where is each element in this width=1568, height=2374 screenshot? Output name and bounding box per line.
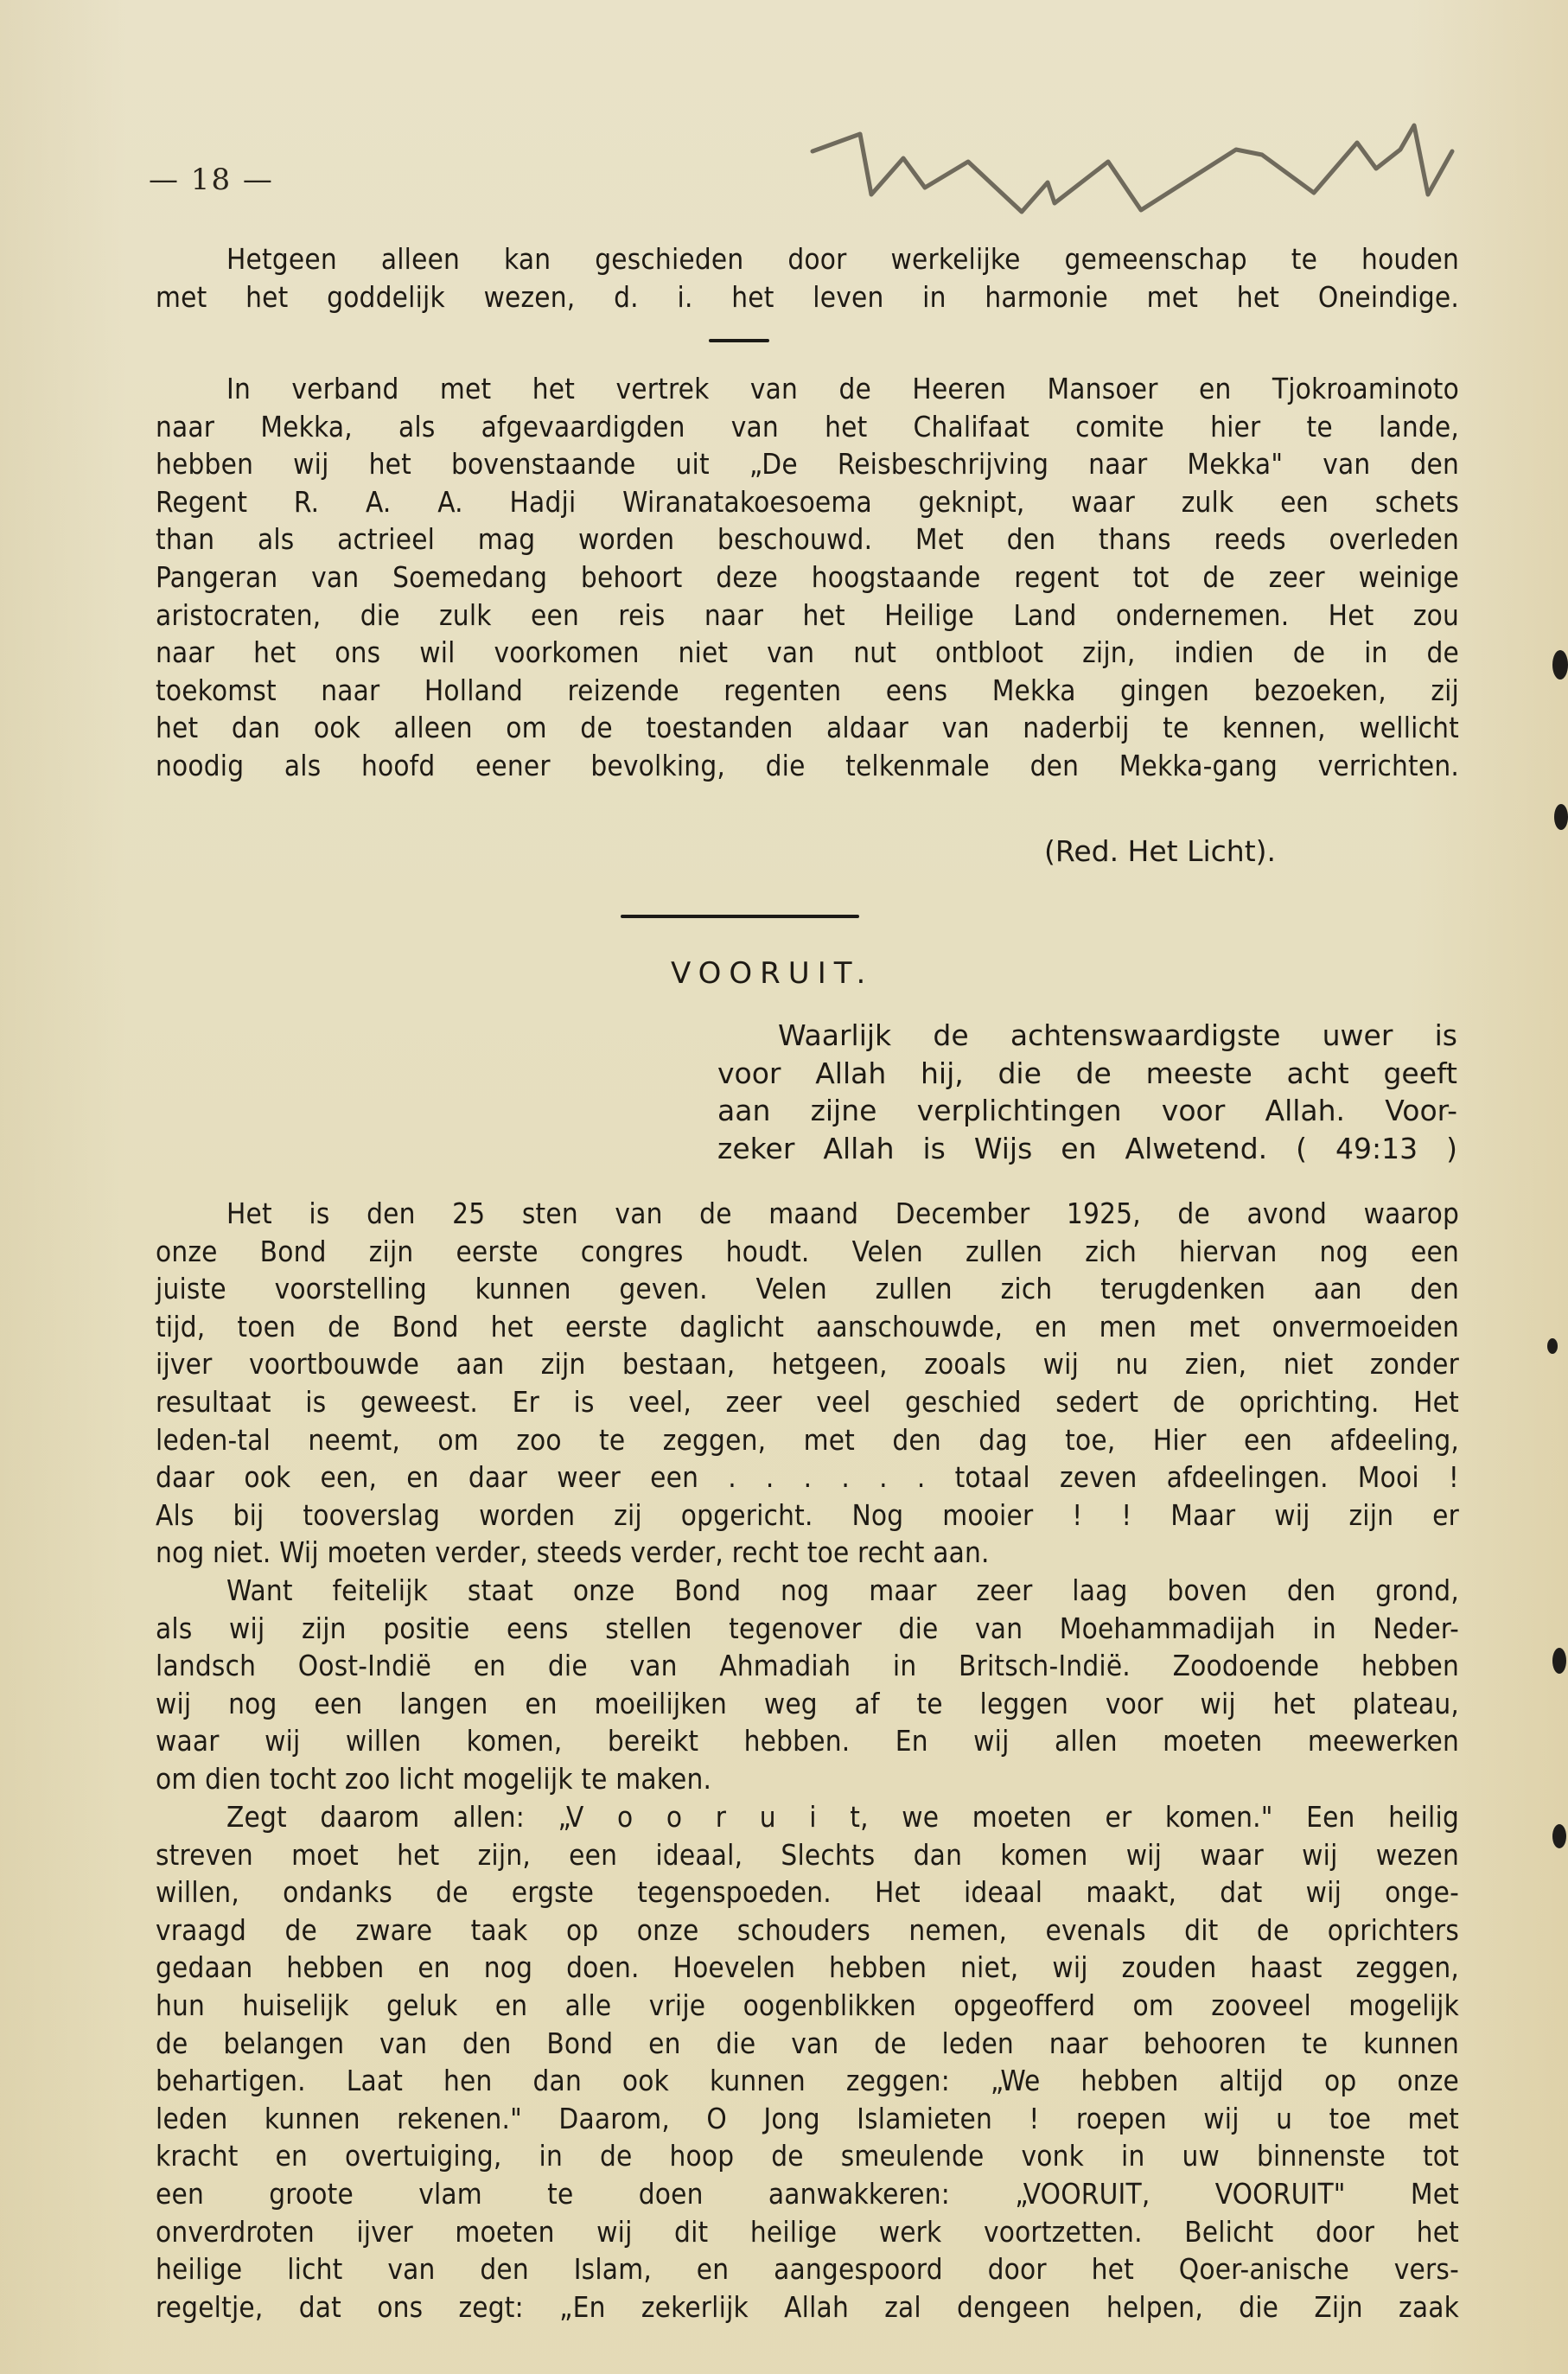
text-line: naar Mekka, als afgevaardigden van het C… [156, 408, 1459, 446]
text-line: Regent R. A. A. Hadji Wiranatakoesoema g… [156, 483, 1459, 521]
section-divider [709, 339, 769, 342]
text-line: een groote vlam te doen aanwakkeren: „VO… [156, 2175, 1459, 2213]
page-number: — 18 — [149, 163, 274, 197]
text-line: Als bij tooverslag worden zij opgericht.… [156, 1497, 1459, 1535]
text-line: kracht en overtuiging, in de hoop de sme… [156, 2137, 1459, 2175]
epigraph-line: aan zijne verplichtingen voor Allah. Voo… [717, 1092, 1457, 1130]
text-line: naar het ons wil voorkomen niet van nut … [156, 634, 1459, 672]
text-line: behartigen. Laat hen dan ook kunnen zegg… [156, 2062, 1459, 2100]
editorial-note-paragraph: In verband met het vertrek van de Heeren… [156, 370, 1459, 785]
text-line: Hetgeen alleen kan geschieden door werke… [156, 240, 1459, 278]
epigraph-line: zeker Allah is Wijs en Alwetend. ( 49:13… [717, 1130, 1457, 1168]
epigraph-line: Waarlijk de achtenswaardigste uwer is [717, 1017, 1457, 1055]
text-line: wij nog een langen en moeilijken weg af … [156, 1685, 1459, 1723]
text-line: om dien tocht zoo licht mogelijk te make… [156, 1760, 1459, 1798]
text-line: gedaan hebben en nog doen. Hoevelen hebb… [156, 1949, 1459, 1987]
epigraph-line: voor Allah hij, die de meeste acht geeft [717, 1055, 1457, 1093]
binding-hole-mark [1554, 804, 1568, 830]
text-line: than als actrieel mag worden beschouwd. … [156, 520, 1459, 558]
article-paragraph-2: Want feitelijk staat onze Bond nog maar … [156, 1572, 1459, 1798]
text-line: juiste voorstelling kunnen geven. Velen … [156, 1270, 1459, 1308]
text-line: nog niet. Wij moeten verder, steeds verd… [156, 1534, 1459, 1572]
text-line: resultaat is geweest. Er is veel, zeer v… [156, 1383, 1459, 1421]
text-line: Het is den 25 sten van de maand December… [156, 1195, 1459, 1233]
binding-hole-mark [1552, 1824, 1566, 1848]
text-line: heilige licht van den Islam, en aangespo… [156, 2250, 1459, 2288]
text-line: landsch Oost-Indië en die van Ahmadiah i… [156, 1647, 1459, 1685]
binding-hole-mark [1552, 650, 1568, 680]
text-line: waar wij willen komen, bereikt hebben. E… [156, 1722, 1459, 1760]
text-line: noodig als hoofd eener bevolking, die te… [156, 747, 1459, 785]
article-title: VOORUIT. [671, 956, 873, 991]
text-line: als wij zijn positie eens stellen tegeno… [156, 1610, 1459, 1648]
text-line: aristocraten, die zulk een reis naar het… [156, 597, 1459, 635]
text-line: onze Bond zijn eerste congres houdt. Vel… [156, 1233, 1459, 1271]
text-line: tijd, toen de Bond het eerste daglicht a… [156, 1308, 1459, 1346]
text-line: leden kunnen rekenen." Daarom, O Jong Is… [156, 2100, 1459, 2138]
text-line: In verband met het vertrek van de Heeren… [156, 370, 1459, 408]
source-credit: (Red. Het Licht). [1044, 834, 1276, 868]
text-line: daar ook een, en daar weer een . . . . .… [156, 1458, 1459, 1497]
text-line: Pangeran van Soemedang behoort deze hoog… [156, 558, 1459, 597]
article-paragraph-3: Zegt daarom allen: „V o o r u i t, we mo… [156, 1798, 1459, 2326]
binding-hole-mark [1547, 1338, 1558, 1354]
text-line: onverdroten ijver moeten wij dit heilige… [156, 2213, 1459, 2251]
text-line: Zegt daarom allen: „V o o r u i t, we mo… [156, 1798, 1459, 1836]
text-line: hebben wij het bovenstaande uit „De Reis… [156, 445, 1459, 483]
text-line: met het goddelijk wezen, d. i. het leven… [156, 278, 1459, 316]
text-line: regeltje, dat ons zegt: „En zekerlijk Al… [156, 2288, 1459, 2326]
article-divider [621, 915, 859, 918]
text-line: toekomst naar Holland reizende regenten … [156, 672, 1459, 710]
article-paragraph-1: Het is den 25 sten van de maand December… [156, 1195, 1459, 1572]
text-line: ijver voortbouwde aan zijn bestaan, hetg… [156, 1345, 1459, 1383]
intro-paragraph: Hetgeen alleen kan geschieden door werke… [156, 240, 1459, 316]
binding-hole-mark [1552, 1648, 1566, 1674]
text-line: hun huiselijk geluk en alle vrije oogenb… [156, 1987, 1459, 2025]
text-line: leden-tal neemt, om zoo te zeggen, met d… [156, 1421, 1459, 1459]
epigraph: Waarlijk de achtenswaardigste uwer is vo… [717, 1017, 1457, 1167]
text-line: Want feitelijk staat onze Bond nog maar … [156, 1572, 1459, 1610]
handwritten-scribble-icon [795, 117, 1469, 220]
document-page: — 18 — Hetgeen alleen kan geschieden doo… [0, 0, 1568, 2374]
text-line: de belangen van den Bond en die van de l… [156, 2025, 1459, 2063]
text-line: streven moet het zijn, een ideaal, Slech… [156, 1836, 1459, 1874]
text-line: vraagd de zware taak op onze schouders n… [156, 1911, 1459, 1950]
text-line: het dan ook alleen om de toestanden alda… [156, 709, 1459, 747]
text-line: willen, ondanks de ergste tegenspoeden. … [156, 1873, 1459, 1911]
